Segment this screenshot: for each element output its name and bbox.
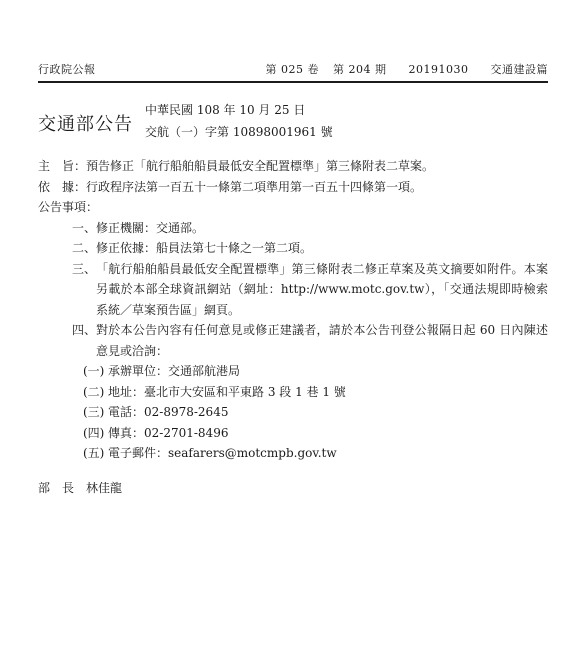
announcement-meta: 中華民國 108 年 10 月 25 日 交航（一）字第 10898001961… xyxy=(145,99,333,143)
item-marker: 三、 xyxy=(72,259,96,321)
list-item: 四、 對於本公告內容有任何意見或修正建議者，請於本公告刊登公報隔日起 60 日內… xyxy=(38,320,548,361)
minister-signature: 部 長 林佳龍 xyxy=(38,478,548,499)
announcement-title-block: 交通部公告 中華民國 108 年 10 月 25 日 交航（一）字第 10898… xyxy=(38,99,548,143)
list-item: 一、 修正機關：交通部。 xyxy=(38,218,548,239)
item-marker: 四、 xyxy=(72,320,96,361)
sub-list-item: (四) 傳真：02-2701-8496 xyxy=(38,423,548,444)
subitem-text: 地址：臺北市大安區和平東路 3 段 1 巷 1 號 xyxy=(108,382,548,403)
item-text: 對於本公告內容有任何意見或修正建議者，請於本公告刊登公報隔日起 60 日內陳述意… xyxy=(96,320,548,361)
subitem-text: 傳真：02-2701-8496 xyxy=(108,423,548,444)
sub-list-item: (五) 電子郵件：seafarers@motcmpb.gov.tw xyxy=(38,443,548,464)
subitem-marker: (一) xyxy=(83,361,108,382)
gazette-running-head: 行政院公報 第 025 卷 第 204 期 20191030 交通建設篇 xyxy=(38,61,548,83)
subject-text: 預告修正「航行船舶船員最低安全配置標準」第三條附表二草案。 xyxy=(86,156,548,177)
list-item: 二、 修正依據：船員法第七十條之一第二項。 xyxy=(38,238,548,259)
item-marker: 一、 xyxy=(72,218,96,239)
gazette-date-code: 20191030 xyxy=(409,63,469,76)
sub-list-item: (一) 承辦單位：交通部航港局 xyxy=(38,361,548,382)
matters-heading: 公告事項： xyxy=(38,197,548,218)
matters-label: 公告事項： xyxy=(38,197,98,218)
subitem-marker: (二) xyxy=(83,382,108,403)
subitem-text: 承辦單位：交通部航港局 xyxy=(108,361,548,382)
gazette-section: 交通建設篇 xyxy=(491,63,549,76)
gazette-issue: 第 204 期 xyxy=(333,63,387,76)
gazette-page: 行政院公報 第 025 卷 第 204 期 20191030 交通建設篇 交通部… xyxy=(0,0,584,650)
subitem-text: 電話：02-8978-2645 xyxy=(108,402,548,423)
gazette-issue-info: 第 025 卷 第 204 期 20191030 交通建設篇 xyxy=(266,61,549,77)
item-text: 修正依據：船員法第七十條之一第二項。 xyxy=(96,238,548,259)
item-text: 修正機關：交通部。 xyxy=(96,218,548,239)
subitem-marker: (五) xyxy=(83,443,108,464)
subitem-text: 電子郵件：seafarers@motcmpb.gov.tw xyxy=(108,443,548,464)
subitem-marker: (四) xyxy=(83,423,108,444)
list-item: 三、 「航行船舶船員最低安全配置標準」第三條附表二修正草案及英文摘要如附件。本案… xyxy=(38,259,548,321)
subitem-marker: (三) xyxy=(83,402,108,423)
basis-text: 行政程序法第一百五十一條第二項準用第一百五十四條第一項。 xyxy=(86,177,548,198)
gazette-volume: 第 025 卷 xyxy=(266,63,320,76)
subject-line: 主 旨： 預告修正「航行船舶船員最低安全配置標準」第三條附表二草案。 xyxy=(38,156,548,177)
announcement-body: 主 旨： 預告修正「航行船舶船員最低安全配置標準」第三條附表二草案。 依 據： … xyxy=(38,156,548,498)
gazette-name: 行政院公報 xyxy=(38,61,96,77)
announcement-date: 中華民國 108 年 10 月 25 日 xyxy=(145,99,333,121)
subject-label: 主 旨： xyxy=(38,156,86,177)
announcement-doc-number: 交航（一）字第 10898001961 號 xyxy=(145,121,333,143)
page-content: 行政院公報 第 025 卷 第 204 期 20191030 交通建設篇 交通部… xyxy=(0,0,584,498)
item-text: 「航行船舶船員最低安全配置標準」第三條附表二修正草案及英文摘要如附件。本案另載於… xyxy=(96,259,548,321)
sub-list-item: (三) 電話：02-8978-2645 xyxy=(38,402,548,423)
sub-list-item: (二) 地址：臺北市大安區和平東路 3 段 1 巷 1 號 xyxy=(38,382,548,403)
announcement-title: 交通部公告 xyxy=(38,110,145,136)
basis-line: 依 據： 行政程序法第一百五十一條第二項準用第一百五十四條第一項。 xyxy=(38,177,548,198)
basis-label: 依 據： xyxy=(38,177,86,198)
item-marker: 二、 xyxy=(72,238,96,259)
